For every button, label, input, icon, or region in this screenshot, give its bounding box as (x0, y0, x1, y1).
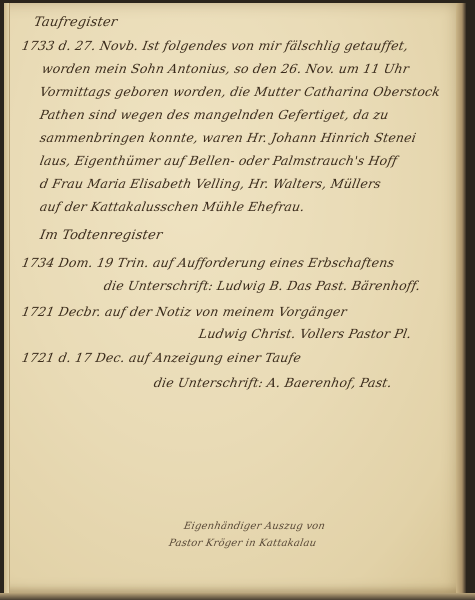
entry-line-7: d Frau Maria Elisabeth Velling, Hr. Walt… (39, 176, 383, 191)
death-entry-line-5: 1721 d. 17 Dec. auf Anzeigung einer Tauf… (21, 350, 303, 365)
entry-line-5: sammenbringen konnte, waren Hr. Johann H… (39, 130, 418, 145)
death-entry-line-2: die Unterschrift: Ludwig B. Das Past. Bä… (103, 278, 422, 293)
death-entry-line-6: die Unterschrift: A. Baerenhof, Past. (153, 375, 394, 390)
entry-line-2: worden mein Sohn Antonius, so den 26. No… (41, 61, 411, 76)
footer-line-1: Eigenhändiger Auszug von (183, 521, 326, 532)
entry-line-3: Vormittags geboren worden, die Mutter Ca… (39, 84, 442, 99)
page-left-margin-strip (4, 3, 10, 600)
heading-todtenregister: Im Todtenregister (39, 228, 164, 243)
death-entry-line-3: 1721 Decbr. auf der Notiz von meinem Vor… (21, 304, 348, 319)
entry-line-4: Pathen sind wegen des mangelnden Geferti… (39, 107, 390, 122)
manuscript-page: Taufregister 1733 d. 27. Novb. Ist folge… (4, 3, 466, 593)
entry-line-1: 1733 d. 27. Novb. Ist folgendes von mir … (21, 38, 410, 53)
entry-line-6: laus, Eigenthümer auf Bellen- oder Palms… (39, 153, 399, 168)
page-right-edge-shadow (456, 3, 466, 600)
death-entry-line-4: Ludwig Christ. Vollers Pastor Pl. (198, 326, 413, 341)
entry-line-8: auf der Kattakalusschen Mühle Ehefrau. (39, 199, 306, 214)
heading-taufregister: Taufregister (33, 15, 119, 30)
page-bottom-edge (0, 593, 475, 600)
death-entry-line-1: 1734 Dom. 19 Trin. auf Aufforderung eine… (21, 255, 396, 270)
footer-line-2: Pastor Kröger in Kattakalau (168, 538, 317, 549)
